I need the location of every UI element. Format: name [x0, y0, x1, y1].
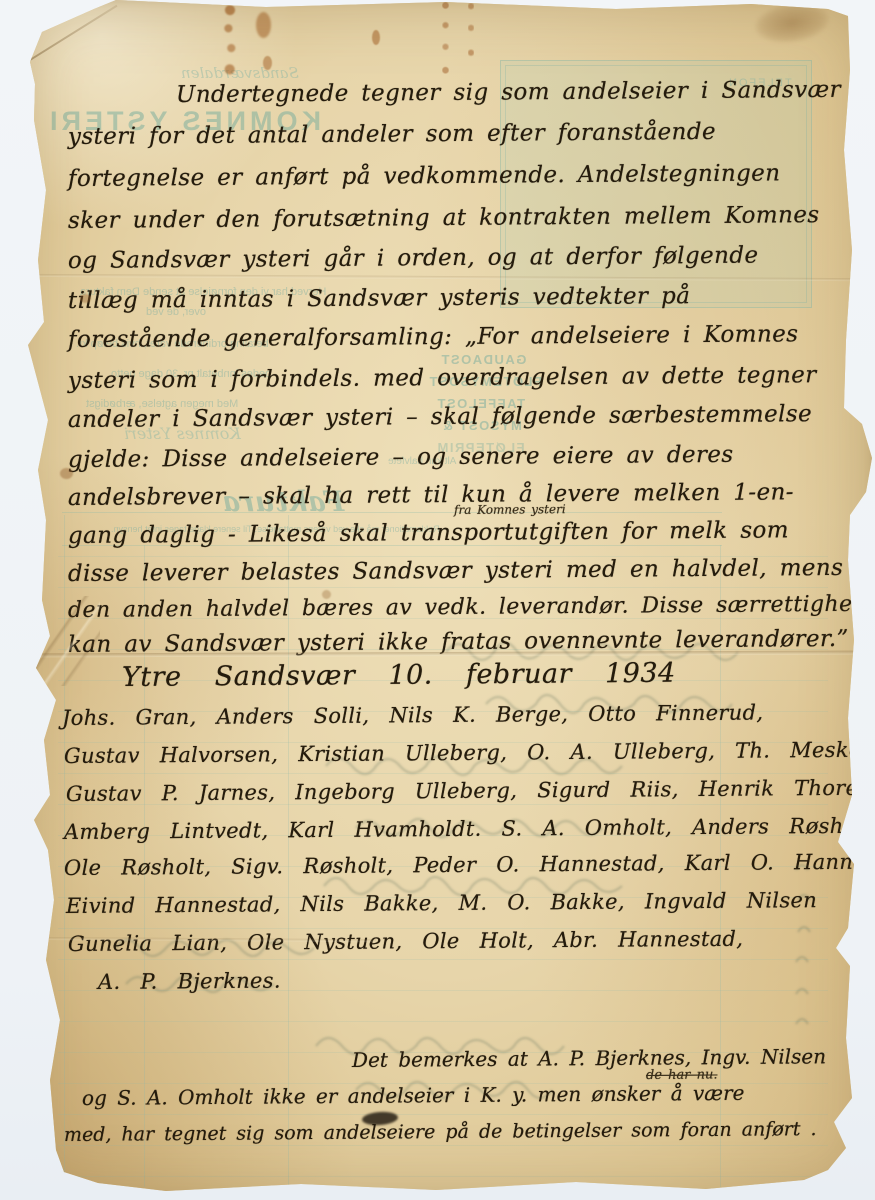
- signature-line: Eivind Hannestad, Nils Bakke, M. O. Bakk…: [66, 888, 817, 918]
- handwritten-line: den anden halvdel bæres av vedk. leveran…: [68, 592, 875, 623]
- handwritten-line: og Sandsvær ysteri går i orden, og at de…: [68, 243, 759, 274]
- handwritten-line: kan av Sandsvær ysteri ikke fratas ovenn…: [68, 626, 849, 658]
- scanned-document-page: { "document": { "kind": "Handwritten sha…: [0, 0, 875, 1200]
- handwritten-line: andelsbrever – skal ha rett til kun å le…: [68, 479, 794, 511]
- handwritten-dateline: Ytre Sandsvær 10. februar 1934: [122, 658, 676, 693]
- handwritten-note-line: med, har tegnet sig som andelseiere på d…: [64, 1118, 817, 1146]
- handwritten-line: ysteri som i forbindels. med overdragels…: [68, 362, 817, 394]
- handwritten-note-line: Det bemerkes at A. P. Bjerknes, Ingv. Ni…: [352, 1044, 826, 1072]
- signature-line: Gunelia Lian, Ole Nystuen, Ole Holt, Abr…: [68, 927, 743, 956]
- stain-drip-trail: [468, 0, 474, 62]
- handwritten-line: ysteri for det antal andeler som efter f…: [68, 119, 716, 150]
- signature-line: Gustav P. Jarnes, Ingeborg Ulleberg, Sig…: [66, 775, 875, 806]
- signature-line: Amberg Lintvedt, Karl Hvamholdt. S. A. O…: [64, 814, 875, 844]
- fold-crease-top-left: [21, 5, 117, 66]
- handwritten-insertion: fra Komnes ysteri: [454, 502, 566, 517]
- ghost-table-line: [62, 512, 722, 513]
- handwritten-line: andeler i Sandsvær ysteri – skal følgend…: [68, 401, 812, 433]
- stain-drip-trail: [442, 0, 449, 90]
- handwritten-line: Undertegnede tegner sig som andelseier i…: [176, 77, 841, 108]
- handwritten-note-line: og S. A. Omholt ikke er andelseier i K. …: [82, 1081, 745, 1110]
- handwritten-line: forestående generalforsamling: „For ande…: [68, 321, 799, 353]
- handwritten-line: disse leverer belastes Sandsvær ysteri m…: [68, 555, 844, 587]
- signature-line: Ole Røsholt, Sigv. Røsholt, Peder O. Han…: [64, 849, 875, 880]
- handwritten-line: gjelde: Disse andelseiere – og senere ei…: [68, 442, 734, 473]
- stain-top-right: [753, 0, 832, 47]
- ghost-table-line: [64, 515, 65, 1187]
- ghost-script-header: Sandsværdalen: [181, 64, 299, 82]
- stain-dot: [372, 30, 380, 45]
- stain-blob: [256, 12, 271, 38]
- signature-line: Johs. Gran, Anders Solli, Nils K. Berge,…: [62, 700, 763, 730]
- handwritten-line: tillæg må inntas i Sandsvær ysteris vedt…: [68, 283, 690, 314]
- signature-line: Gustav Halvorsen, Kristian Ulleberg, O. …: [64, 737, 875, 768]
- aged-paper-sheet: Sandsværdalen KOMNES YSTERI TELEFON Herv…: [16, 0, 872, 1198]
- signature-line: A. P. Bjerknes.: [98, 969, 281, 994]
